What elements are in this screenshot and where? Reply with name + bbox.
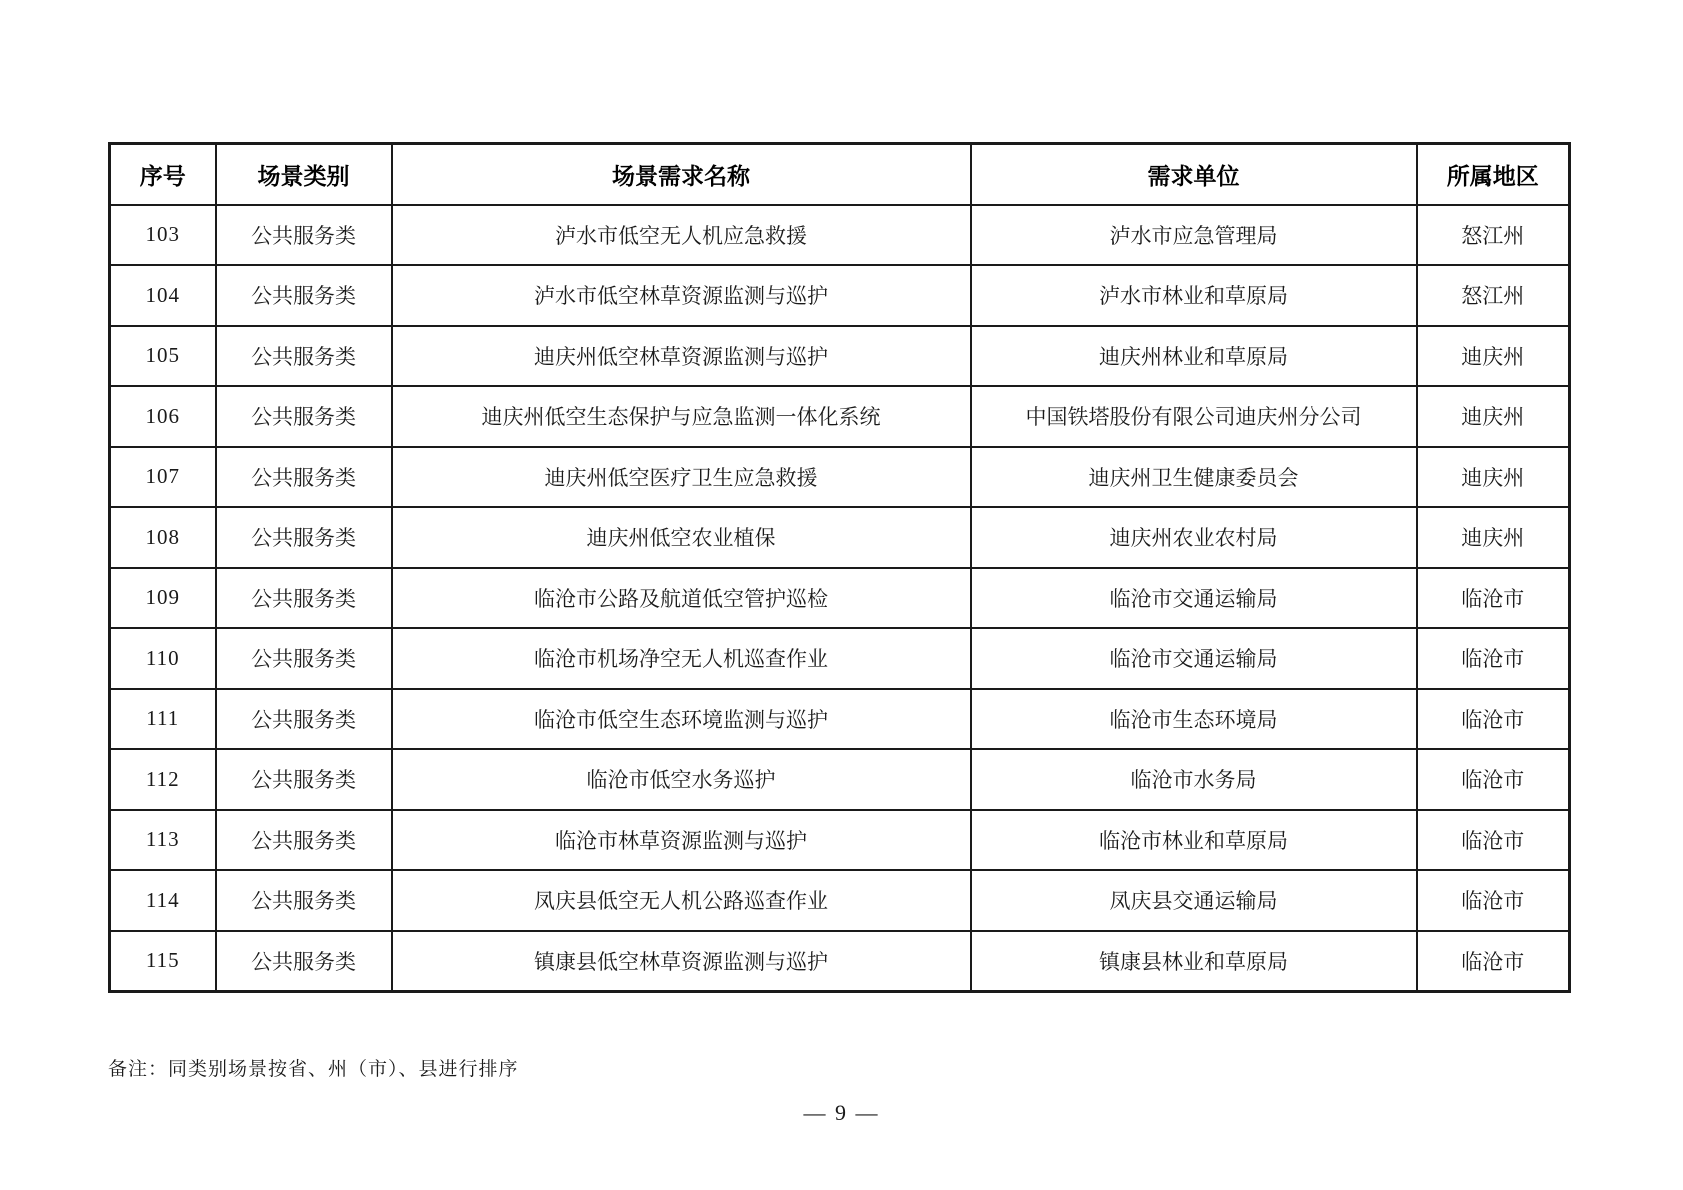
- scenario-table: 序号 场景类别 场景需求名称 需求单位 所属地区 103 公共服务类 泸水市低空…: [108, 142, 1571, 993]
- cell-scene-demand-name: 迪庆州低空医疗卫生应急救援: [392, 447, 971, 508]
- table-footnote: 备注：同类别场景按省、州（市）、县进行排序: [108, 1054, 519, 1081]
- cell-region: 临沧市: [1417, 931, 1570, 992]
- cell-scene-category: 公共服务类: [216, 326, 392, 387]
- header-scene-demand-name: 场景需求名称: [392, 144, 971, 205]
- table-body: 103 公共服务类 泸水市低空无人机应急救援 泸水市应急管理局 怒江州 104 …: [110, 205, 1570, 992]
- cell-demand-unit: 中国铁塔股份有限公司迪庆州分公司: [971, 386, 1417, 447]
- cell-serial-number: 108: [110, 507, 216, 568]
- cell-serial-number: 105: [110, 326, 216, 387]
- cell-scene-category: 公共服务类: [216, 507, 392, 568]
- cell-scene-category: 公共服务类: [216, 628, 392, 689]
- cell-serial-number: 103: [110, 205, 216, 266]
- cell-region: 临沧市: [1417, 628, 1570, 689]
- scenario-table-wrap: 序号 场景类别 场景需求名称 需求单位 所属地区 103 公共服务类 泸水市低空…: [108, 142, 1568, 993]
- cell-scene-demand-name: 临沧市林草资源监测与巡护: [392, 810, 971, 871]
- cell-scene-category: 公共服务类: [216, 810, 392, 871]
- cell-serial-number: 109: [110, 568, 216, 629]
- cell-scene-demand-name: 临沧市机场净空无人机巡查作业: [392, 628, 971, 689]
- cell-demand-unit: 迪庆州卫生健康委员会: [971, 447, 1417, 508]
- cell-demand-unit: 镇康县林业和草原局: [971, 931, 1417, 992]
- cell-demand-unit: 泸水市林业和草原局: [971, 265, 1417, 326]
- cell-region: 迪庆州: [1417, 386, 1570, 447]
- table-row: 109 公共服务类 临沧市公路及航道低空管护巡检 临沧市交通运输局 临沧市: [110, 568, 1570, 629]
- cell-scene-category: 公共服务类: [216, 568, 392, 629]
- table-row: 113 公共服务类 临沧市林草资源监测与巡护 临沧市林业和草原局 临沧市: [110, 810, 1570, 871]
- cell-serial-number: 106: [110, 386, 216, 447]
- cell-scene-category: 公共服务类: [216, 265, 392, 326]
- cell-region: 临沧市: [1417, 568, 1570, 629]
- cell-scene-demand-name: 迪庆州低空生态保护与应急监测一体化系统: [392, 386, 971, 447]
- cell-serial-number: 111: [110, 689, 216, 750]
- table-row: 107 公共服务类 迪庆州低空医疗卫生应急救援 迪庆州卫生健康委员会 迪庆州: [110, 447, 1570, 508]
- cell-scene-category: 公共服务类: [216, 447, 392, 508]
- cell-scene-demand-name: 镇康县低空林草资源监测与巡护: [392, 931, 971, 992]
- cell-scene-demand-name: 迪庆州低空林草资源监测与巡护: [392, 326, 971, 387]
- cell-demand-unit: 临沧市交通运输局: [971, 628, 1417, 689]
- cell-scene-category: 公共服务类: [216, 386, 392, 447]
- cell-scene-demand-name: 泸水市低空林草资源监测与巡护: [392, 265, 971, 326]
- cell-region: 临沧市: [1417, 689, 1570, 750]
- cell-serial-number: 115: [110, 931, 216, 992]
- table-row: 111 公共服务类 临沧市低空生态环境监测与巡护 临沧市生态环境局 临沧市: [110, 689, 1570, 750]
- cell-region: 临沧市: [1417, 810, 1570, 871]
- cell-region: 迪庆州: [1417, 326, 1570, 387]
- cell-serial-number: 107: [110, 447, 216, 508]
- header-serial-number: 序号: [110, 144, 216, 205]
- header-scene-category: 场景类别: [216, 144, 392, 205]
- cell-scene-demand-name: 临沧市低空水务巡护: [392, 749, 971, 810]
- cell-demand-unit: 临沧市水务局: [971, 749, 1417, 810]
- cell-region: 迪庆州: [1417, 447, 1570, 508]
- table-header: 序号 场景类别 场景需求名称 需求单位 所属地区: [110, 144, 1570, 205]
- cell-demand-unit: 泸水市应急管理局: [971, 205, 1417, 266]
- cell-scene-category: 公共服务类: [216, 931, 392, 992]
- cell-serial-number: 110: [110, 628, 216, 689]
- cell-region: 临沧市: [1417, 870, 1570, 931]
- table-row: 112 公共服务类 临沧市低空水务巡护 临沧市水务局 临沧市: [110, 749, 1570, 810]
- cell-demand-unit: 临沧市交通运输局: [971, 568, 1417, 629]
- cell-serial-number: 114: [110, 870, 216, 931]
- cell-scene-category: 公共服务类: [216, 870, 392, 931]
- cell-serial-number: 104: [110, 265, 216, 326]
- table-row: 103 公共服务类 泸水市低空无人机应急救援 泸水市应急管理局 怒江州: [110, 205, 1570, 266]
- cell-scene-category: 公共服务类: [216, 689, 392, 750]
- cell-scene-demand-name: 泸水市低空无人机应急救援: [392, 205, 971, 266]
- cell-scene-category: 公共服务类: [216, 749, 392, 810]
- table-row: 115 公共服务类 镇康县低空林草资源监测与巡护 镇康县林业和草原局 临沧市: [110, 931, 1570, 992]
- table-row: 105 公共服务类 迪庆州低空林草资源监测与巡护 迪庆州林业和草原局 迪庆州: [110, 326, 1570, 387]
- cell-demand-unit: 临沧市生态环境局: [971, 689, 1417, 750]
- cell-scene-demand-name: 凤庆县低空无人机公路巡查作业: [392, 870, 971, 931]
- cell-scene-demand-name: 迪庆州低空农业植保: [392, 507, 971, 568]
- table-row: 104 公共服务类 泸水市低空林草资源监测与巡护 泸水市林业和草原局 怒江州: [110, 265, 1570, 326]
- document-page: 序号 场景类别 场景需求名称 需求单位 所属地区 103 公共服务类 泸水市低空…: [0, 0, 1683, 1190]
- cell-demand-unit: 凤庆县交通运输局: [971, 870, 1417, 931]
- page-number: — 9 —: [0, 1100, 1683, 1126]
- header-region: 所属地区: [1417, 144, 1570, 205]
- table-row: 110 公共服务类 临沧市机场净空无人机巡查作业 临沧市交通运输局 临沧市: [110, 628, 1570, 689]
- cell-demand-unit: 迪庆州林业和草原局: [971, 326, 1417, 387]
- cell-region: 临沧市: [1417, 749, 1570, 810]
- cell-scene-demand-name: 临沧市公路及航道低空管护巡检: [392, 568, 971, 629]
- table-header-row: 序号 场景类别 场景需求名称 需求单位 所属地区: [110, 144, 1570, 205]
- cell-demand-unit: 临沧市林业和草原局: [971, 810, 1417, 871]
- table-row: 106 公共服务类 迪庆州低空生态保护与应急监测一体化系统 中国铁塔股份有限公司…: [110, 386, 1570, 447]
- cell-region: 迪庆州: [1417, 507, 1570, 568]
- header-demand-unit: 需求单位: [971, 144, 1417, 205]
- cell-region: 怒江州: [1417, 205, 1570, 266]
- cell-region: 怒江州: [1417, 265, 1570, 326]
- cell-scene-category: 公共服务类: [216, 205, 392, 266]
- table-row: 114 公共服务类 凤庆县低空无人机公路巡查作业 凤庆县交通运输局 临沧市: [110, 870, 1570, 931]
- cell-scene-demand-name: 临沧市低空生态环境监测与巡护: [392, 689, 971, 750]
- table-row: 108 公共服务类 迪庆州低空农业植保 迪庆州农业农村局 迪庆州: [110, 507, 1570, 568]
- cell-serial-number: 113: [110, 810, 216, 871]
- cell-demand-unit: 迪庆州农业农村局: [971, 507, 1417, 568]
- cell-serial-number: 112: [110, 749, 216, 810]
